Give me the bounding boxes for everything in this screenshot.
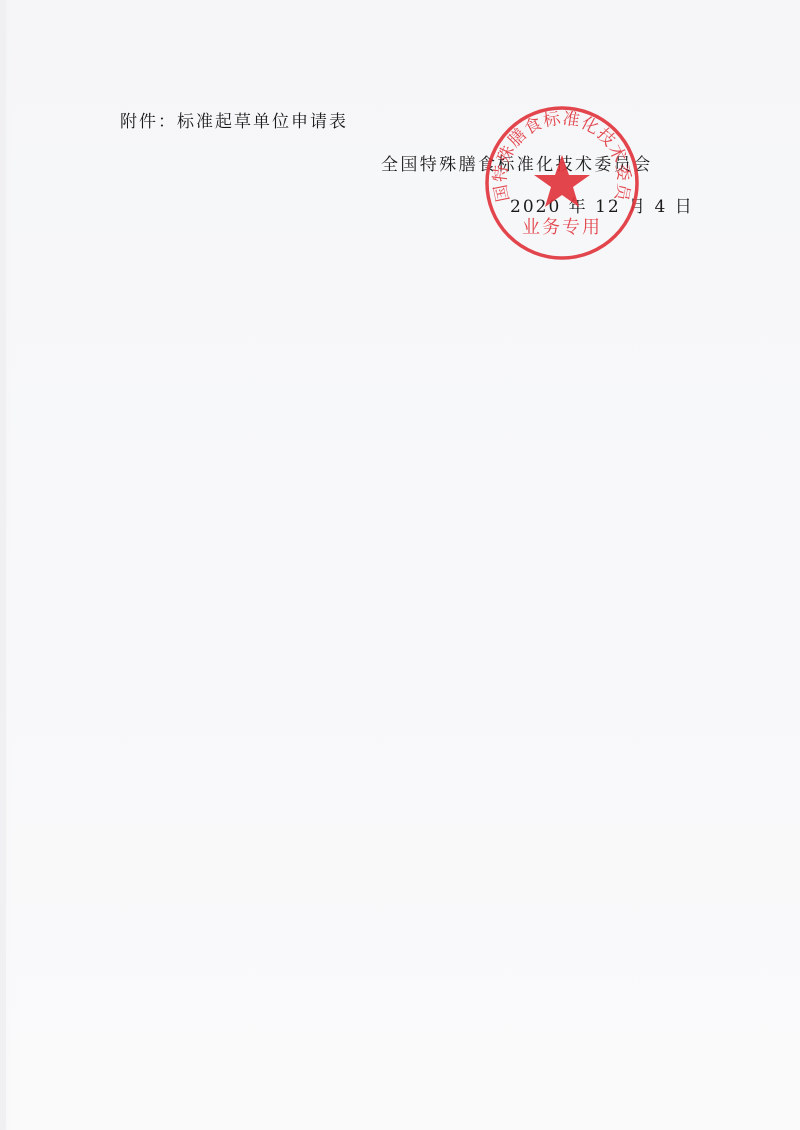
official-seal: 全国特殊膳食标准化技术委员会 业务专用 (482, 103, 642, 263)
scan-edge (0, 0, 6, 1130)
seal-bottom-text: 业务专用 (522, 217, 602, 238)
attachment-note: 附件：标准起草单位申请表 (120, 107, 348, 132)
red-star-icon (534, 155, 590, 207)
